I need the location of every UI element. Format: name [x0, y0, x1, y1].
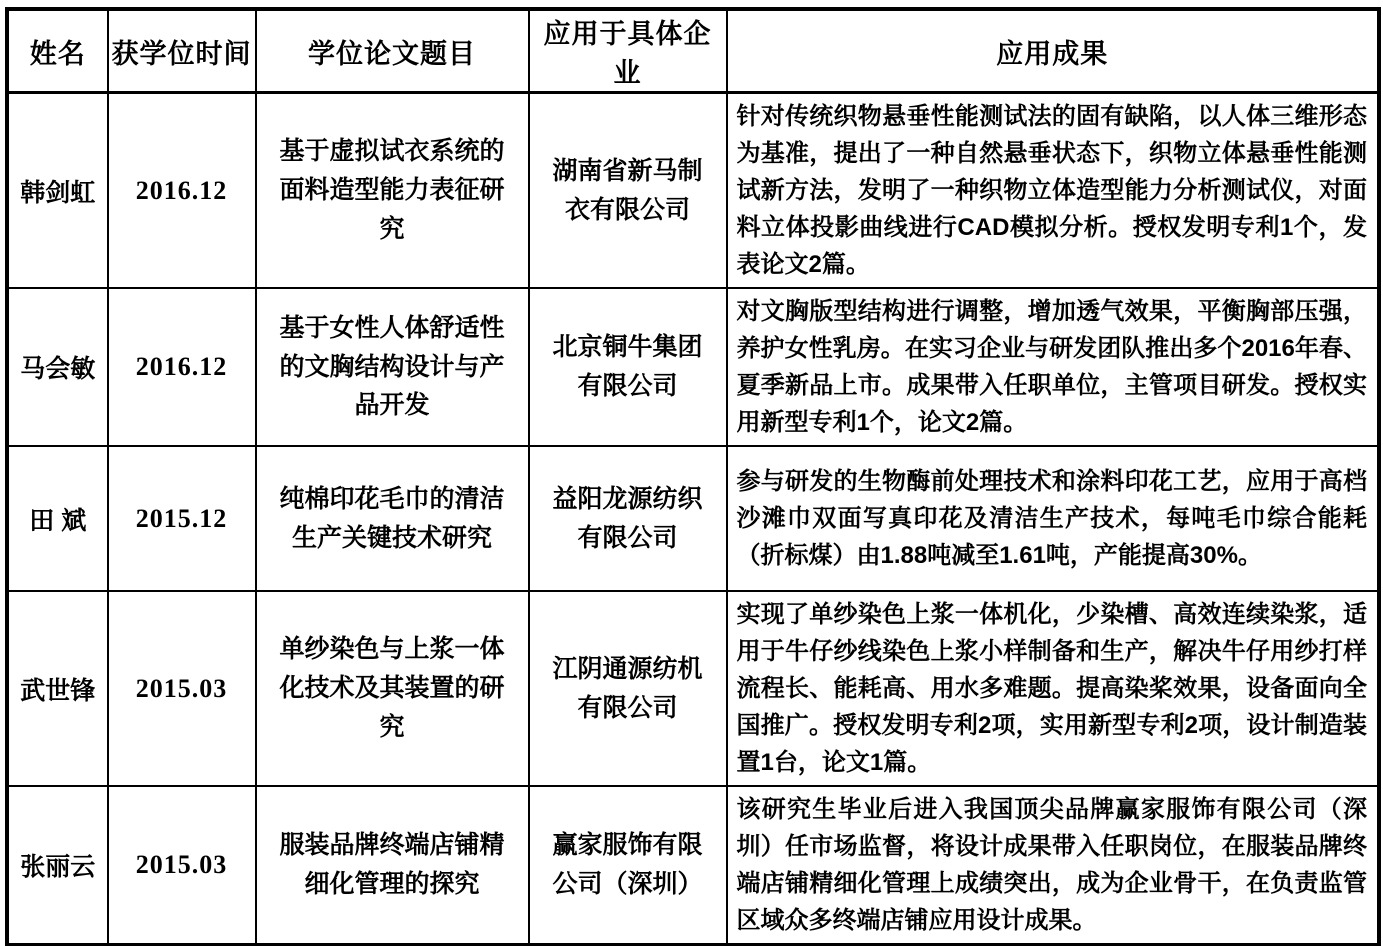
- cell-application-result: 该研究生毕业后进入我国顶尖品牌赢家服饰有限公司（深圳）任市场监督，将设计成果带入…: [727, 786, 1379, 945]
- cell-name: 韩剑虹: [8, 93, 108, 289]
- cell-thesis-title: 服装品牌终端店铺精细化管理的探究: [256, 786, 529, 945]
- column-header-application-results: 应用成果: [727, 10, 1379, 93]
- cell-enterprise: 江阴通源纺机有限公司: [529, 591, 727, 786]
- table-header-row: 姓名 获学位时间 学位论文题目 应用于具体企业 应用成果: [8, 10, 1379, 93]
- cell-application-result: 实现了单纱染色上浆一体机化，少染槽、高效连续染浆，适用于牛仔纱线染色上浆小样制备…: [727, 591, 1379, 786]
- cell-degree-date: 2016.12: [108, 288, 256, 446]
- cell-thesis-title: 单纱染色与上浆一体化技术及其装置的研究: [256, 591, 529, 786]
- cell-degree-date: 2015.03: [108, 786, 256, 945]
- column-header-name: 姓名: [8, 10, 108, 93]
- cell-application-result: 参与研发的生物酶前处理技术和涂料印花工艺，应用于高档沙滩巾双面写真印花及清洁生产…: [727, 446, 1379, 591]
- cell-name: 田 斌: [8, 446, 108, 591]
- table-row: 田 斌 2015.12 纯棉印花毛巾的清洁生产关键技术研究 益阳龙源纺织有限公司…: [8, 446, 1379, 591]
- column-header-degree-date: 获学位时间: [108, 10, 256, 93]
- cell-thesis-title: 基于虚拟试衣系统的面料造型能力表征研究: [256, 93, 529, 289]
- cell-degree-date: 2015.12: [108, 446, 256, 591]
- cell-thesis-title: 基于女性人体舒适性的文胸结构设计与产品开发: [256, 288, 529, 446]
- cell-enterprise: 益阳龙源纺织有限公司: [529, 446, 727, 591]
- cell-application-result: 对文胸版型结构进行调整，增加透气效果，平衡胸部压强，养护女性乳房。在实习企业与研…: [727, 288, 1379, 446]
- cell-application-result: 针对传统织物悬垂性能测试法的固有缺陷，以人体三维形态为基准，提出了一种自然悬垂状…: [727, 93, 1379, 289]
- cell-name: 武世锋: [8, 591, 108, 786]
- cell-name: 马会敏: [8, 288, 108, 446]
- cell-enterprise: 北京铜牛集团有限公司: [529, 288, 727, 446]
- table-row: 马会敏 2016.12 基于女性人体舒适性的文胸结构设计与产品开发 北京铜牛集团…: [8, 288, 1379, 446]
- column-header-enterprise: 应用于具体企业: [529, 10, 727, 93]
- column-header-thesis-title: 学位论文题目: [256, 10, 529, 93]
- cell-degree-date: 2016.12: [108, 93, 256, 289]
- cell-enterprise: 湖南省新马制衣有限公司: [529, 93, 727, 289]
- cell-name: 张丽云: [8, 786, 108, 945]
- table-row: 韩剑虹 2016.12 基于虚拟试衣系统的面料造型能力表征研究 湖南省新马制衣有…: [8, 93, 1379, 289]
- cell-thesis-title: 纯棉印花毛巾的清洁生产关键技术研究: [256, 446, 529, 591]
- cell-degree-date: 2015.03: [108, 591, 256, 786]
- cell-enterprise: 赢家服饰有限公司（深圳）: [529, 786, 727, 945]
- document-page: 姓名 获学位时间 学位论文题目 应用于具体企业 应用成果 韩剑虹 2016.12…: [0, 0, 1383, 845]
- table-row: 武世锋 2015.03 单纱染色与上浆一体化技术及其装置的研究 江阴通源纺机有限…: [8, 591, 1379, 786]
- graduate-application-results-table: 姓名 获学位时间 学位论文题目 应用于具体企业 应用成果 韩剑虹 2016.12…: [6, 8, 1380, 946]
- table-row: 张丽云 2015.03 服装品牌终端店铺精细化管理的探究 赢家服饰有限公司（深圳…: [8, 786, 1379, 945]
